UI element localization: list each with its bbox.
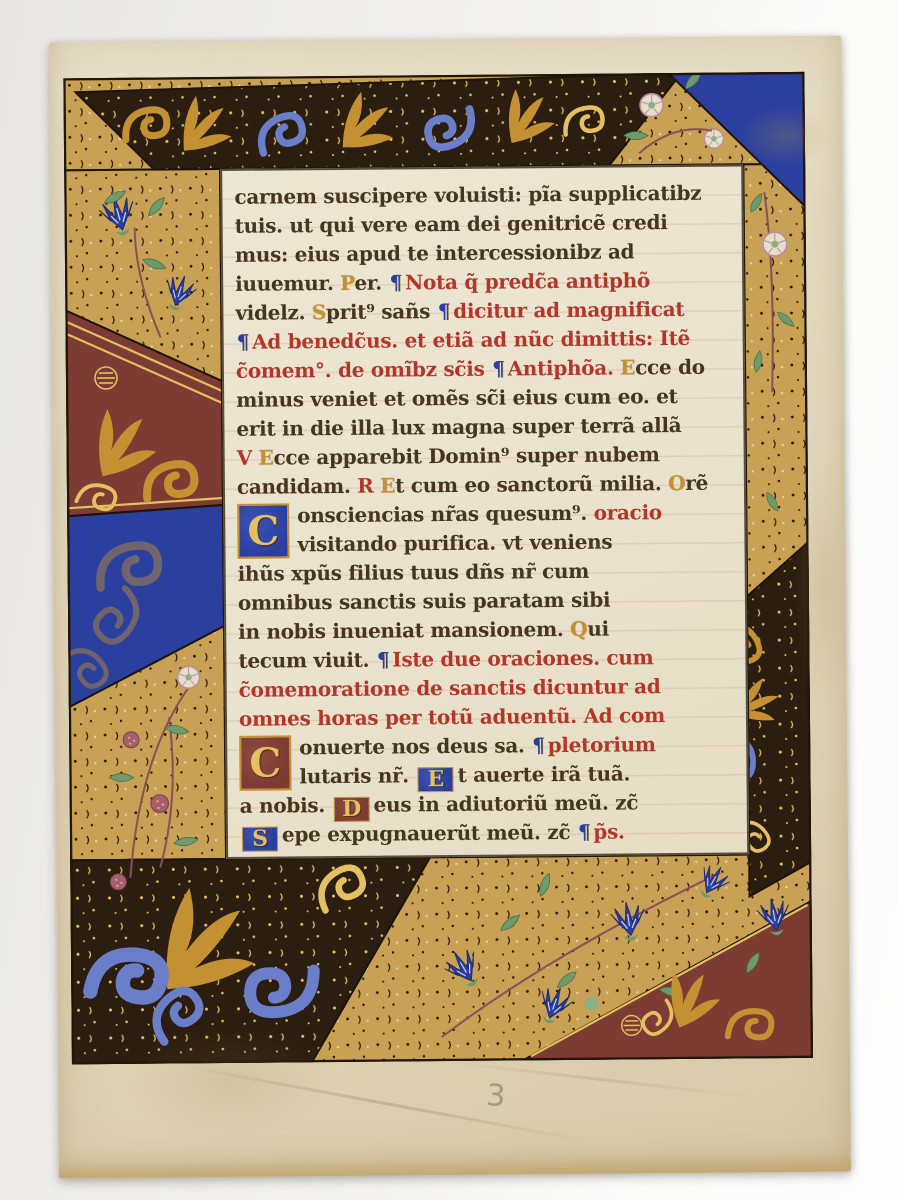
text-segment: videlz. [235, 300, 312, 325]
text-segment: minus veniet et omẽs sc̃i eius cum eo. e… [236, 384, 678, 412]
text-segment: t auerte irã tuã. [457, 761, 630, 787]
illuminated-initial: E [418, 767, 454, 792]
manuscript-leaf: carnem suscipere voluisti: pĩa supplicat… [49, 36, 851, 1179]
pilcrow-mark: ¶ [577, 820, 594, 844]
text-line: iuuemur. Per. ¶Nota q̃ predc̃a antiphõ [235, 265, 736, 298]
text-line: tecum viuit. ¶Iste due oraciones. cum [238, 642, 739, 675]
text-segment: candidam. [237, 474, 358, 499]
illuminated-initial: S [242, 827, 278, 852]
text-panel: carnem suscipere voluisti: pĩa supplicat… [220, 164, 749, 859]
pilcrow-mark: ¶ [531, 733, 548, 757]
leaf-bottom-edge [59, 1156, 851, 1179]
text-block: carnem suscipere voluisti: pĩa supplicat… [234, 178, 741, 849]
text-segment: cce do [635, 355, 705, 380]
text-segment: O [668, 471, 685, 495]
initial-line-group: Consciencias nr̃as quesum⁹. oraciovisita… [237, 497, 738, 559]
text-segment: p̃s. [593, 819, 625, 843]
text-line: c̃omem°. de omĩbz sc̃is ¶Antiphõa. Ecce … [236, 352, 737, 385]
text-segment: Q [570, 617, 587, 641]
text-segment: prit⁹ sañs [326, 299, 437, 324]
text-line: Sepe expugnauerũt meũ. zc̃ ¶p̃s. [240, 816, 741, 849]
text-segment: er. [354, 271, 388, 295]
illuminated-initial: D [334, 797, 370, 822]
text-segment: omnes horas per totũ aduentũ. Ad com [239, 703, 665, 731]
text-segment: R [357, 474, 380, 498]
text-line: V Ecce apparebit Domin⁹ super nubem [237, 439, 738, 472]
text-line: videlz. Sprit⁹ sañs ¶dicitur ad magnific… [235, 294, 736, 327]
text-line: tuis. ut qui vere eam dei genitricẽ cred… [235, 207, 736, 240]
text-segment: ui [587, 617, 609, 641]
text-line: a nobis. Deus in adiutoriũ meũ. zc̃ [240, 787, 741, 820]
text-line: omnes horas per totũ aduentũ. Ad com [239, 700, 740, 733]
text-segment: Nota q̃ predc̃a antiphõ [405, 268, 650, 294]
text-segment: carnem suscipere voluisti: pĩa supplicat… [234, 181, 701, 209]
text-line: c̃omemoratione de sanctis dicuntur ad [239, 671, 740, 704]
text-segment: lutaris nr̃. [299, 763, 415, 788]
text-segment: rẽ [685, 471, 708, 495]
text-line: onuerte nos deus sa. ¶pletorium [239, 729, 740, 762]
text-line: onsciencias nr̃as quesum⁹. oracio [237, 497, 738, 530]
text-line: carnem suscipere voluisti: pĩa supplicat… [234, 178, 735, 211]
text-segment: oracio [587, 500, 662, 525]
text-segment: Antiphõa. [507, 356, 620, 381]
initial-line-group: Conuerte nos deus sa. ¶pletoriumlutaris … [239, 729, 740, 791]
text-segment: epe expugnauerũt meũ. zc̃ [282, 820, 577, 847]
text-line: mus: eius apud te intercessionibz ad [235, 236, 736, 269]
text-segment: S [312, 300, 326, 324]
text-line: in nobis inueniat mansionem. Qui [238, 613, 739, 646]
text-segment: tuis. ut qui vere eam dei genitricẽ cred… [235, 210, 668, 238]
text-segment: V [237, 446, 259, 470]
text-segment: eus in adiutoriũ meũ. zc̃ [373, 790, 638, 816]
text-segment: Ad benedc̃us. et etiã ad nũc dimittis: I… [252, 326, 690, 354]
text-segment: a nobis. [240, 793, 332, 818]
text-segment: E [258, 446, 273, 470]
text-segment: dicitur ad magnificat [453, 297, 684, 323]
text-segment: c̃omemoratione de sanctis dicuntur ad [239, 674, 661, 702]
text-line: erit in die illa lux magna super terrã a… [236, 410, 737, 443]
pencil-annotation: 3 [485, 1078, 506, 1114]
text-segment: P [340, 271, 354, 295]
text-segment: ihũs xpũs filius tuus dñs nr̃ cum [238, 559, 590, 586]
text-segment: onuerte nos deus sa. [299, 733, 531, 759]
text-line: lutaris nr̃. Et auerte irã tuã. [239, 758, 740, 791]
text-segment: mus: eius apud te intercessionibz ad [235, 239, 635, 266]
text-segment: c̃omem°. de omĩbz sc̃is [236, 357, 491, 383]
text-line: candidam. R Et cum eo sanctorũ milia. Or… [237, 468, 738, 501]
text-segment: onsciencias nr̃as quesum⁹. [297, 501, 587, 528]
text-line: ¶Ad benedc̃us. et etiã ad nũc dimittis: … [236, 323, 737, 356]
text-segment: Iste due oraciones. cum [392, 645, 653, 671]
text-segment: iuuemur. [235, 271, 340, 296]
text-line: minus veniet et omẽs sc̃i eius cum eo. e… [236, 381, 737, 414]
text-segment: t cum eo sanctorũ milia. [395, 471, 668, 497]
illuminated-initial: C [239, 735, 291, 790]
parchment-crease [172, 1062, 595, 1143]
text-segment: visitando purifica. vt veniens [297, 530, 612, 557]
text-segment: E [380, 473, 395, 497]
text-segment: in nobis inueniat mansionem. [238, 617, 570, 644]
text-segment: erit in die illa lux magna super terrã a… [236, 413, 681, 441]
text-segment: tecum viuit. [238, 648, 376, 673]
text-segment: pletorium [548, 732, 656, 757]
pilcrow-mark: ¶ [376, 648, 393, 672]
text-line: omnibus sanctis suis paratam sibi [238, 584, 739, 617]
text-line: visitando purifica. vt veniens [237, 526, 738, 559]
pilcrow-mark: ¶ [236, 330, 253, 354]
text-segment: cce apparebit Domin⁹ super nubem [273, 442, 659, 469]
text-segment: omnibus sanctis suis paratam sibi [238, 588, 611, 615]
pilcrow-mark: ¶ [388, 270, 405, 294]
text-segment: E [620, 355, 635, 379]
pilcrow-mark: ¶ [491, 356, 508, 380]
text-line: ihũs xpũs filius tuus dñs nr̃ cum [238, 555, 739, 588]
pilcrow-mark: ¶ [437, 299, 454, 323]
illuminated-initial: C [237, 503, 289, 558]
